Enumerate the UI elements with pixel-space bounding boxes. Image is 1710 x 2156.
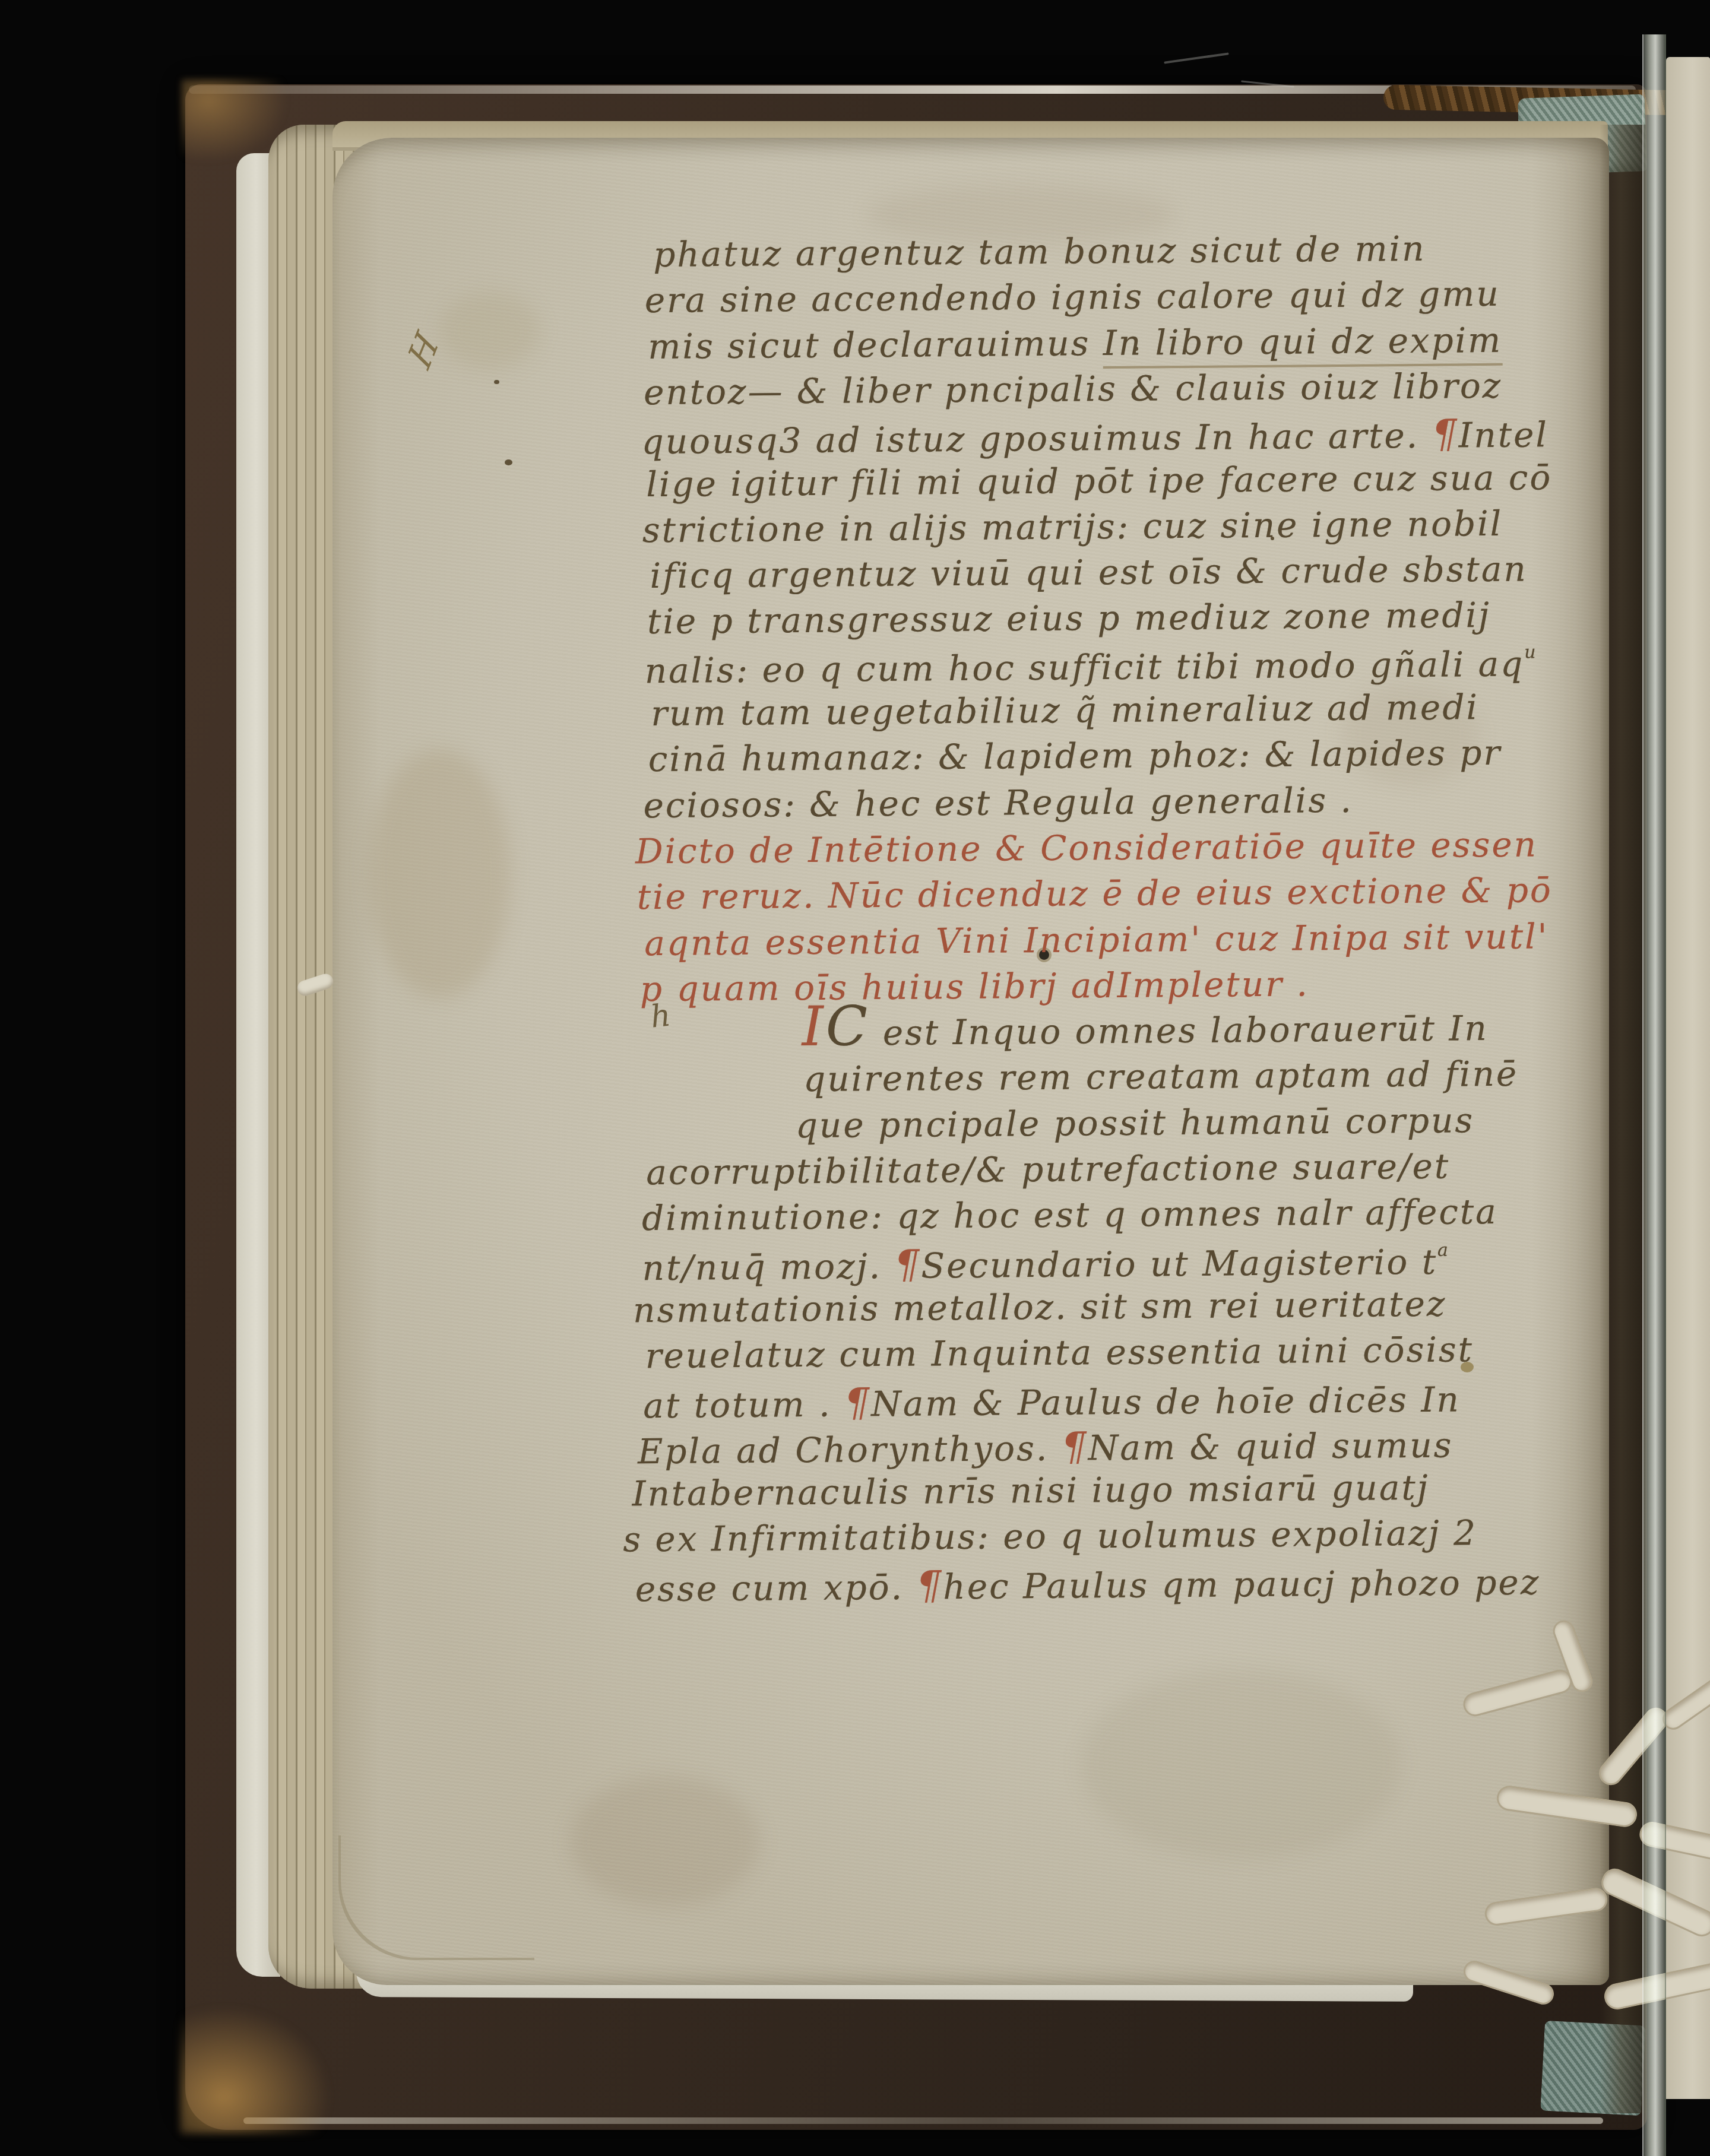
ink-text: mis sicut declarauimus xyxy=(648,323,1103,367)
text-line: IC est Inquo omnes laborauerūt In xyxy=(802,1011,1489,1051)
text-line: tie reruz. Nūc dicenduz ē de eius exctio… xyxy=(636,873,1553,914)
ink-text: strictione in alijs matrijs: cuz sine ig… xyxy=(642,503,1503,550)
rubric-text: ¶ xyxy=(894,1242,921,1288)
cover-bottom-highlight xyxy=(243,2117,1603,2124)
text-line: nt/nuq̄ mozj. ¶Secundario ut Magisterio … xyxy=(642,1241,1448,1287)
ink-text: lige igitur fili mi quid pōt ipe facere … xyxy=(646,457,1553,505)
ink-text: era sine accendendo ignis calore qui dz … xyxy=(645,274,1500,321)
text-line: p quam oīs huius librj adImpletur . xyxy=(640,966,1309,1006)
ink-text: nt/nuq̄ mozj. xyxy=(642,1246,894,1288)
text-line: cinā humanaz: & lapidem phoz: & lapides … xyxy=(648,735,1502,776)
ink-text: Intabernaculis nrīs nisi iugo msiarū gua… xyxy=(632,1467,1430,1514)
rubric-text: p quam oīs huius librj adImpletur . xyxy=(640,963,1309,1009)
text-line: era sine accendendo ignis calore qui dz … xyxy=(645,277,1500,318)
rubric-text: ¶ xyxy=(1432,411,1459,456)
ink-text: eciosos: & hec est Regula generalis . xyxy=(643,780,1353,826)
ink-text: esse cum xpō. xyxy=(635,1567,917,1610)
text-line: Epla ad Chorynthyos. ¶Nam & quid sumus xyxy=(638,1424,1453,1470)
text-line: Intabernaculis nrīs nisi iugo msiarū gua… xyxy=(632,1470,1429,1511)
ink-text: reuelatuz cum Inquinta essentia uini cōs… xyxy=(645,1329,1474,1376)
ink-text: s ex Infirmitatibus: eo q uolumus expoli… xyxy=(623,1513,1477,1559)
text-line: Dicto de Intētione & Consideratiōe quīte… xyxy=(635,827,1538,868)
text-line: strictione in alijs matrijs: cuz sine ig… xyxy=(642,506,1503,547)
photo-canvas: phatuz argentuz tam bonuz sicut de miner… xyxy=(0,0,1710,2156)
ink-text: C xyxy=(825,994,870,1058)
rubric-text: ¶ xyxy=(916,1562,943,1608)
rubric-text: ¶ xyxy=(844,1380,872,1425)
text-line: quousq3 ad istuz gposuimus In hac arte. … xyxy=(641,414,1548,460)
ink-text: Epla ad Chorynthyos. xyxy=(638,1428,1062,1472)
stain xyxy=(1081,1669,1401,1859)
scratch xyxy=(1164,52,1228,64)
rubric-text: tie reruz. Nūc dicenduz ē de eius exctio… xyxy=(636,870,1553,917)
ink-text: u xyxy=(1524,642,1536,662)
text-line: phatuz argentuz tam bonuz sicut de min xyxy=(653,232,1426,272)
ink-text: phatuz argentuz tam bonuz sicut de min xyxy=(653,229,1426,275)
ink-text: diminutione: qz hoc est q omnes nalr aff… xyxy=(642,1191,1498,1238)
ink-text: a xyxy=(1437,1240,1448,1261)
text-line: esse cum xpō. ¶hec Paulus qm paucj phozo… xyxy=(635,1561,1541,1608)
text-line: acorruptibilitate/& putrefactione suare/… xyxy=(646,1149,1450,1190)
text-line: quirentes rem creatam aptam ad finē xyxy=(803,1057,1518,1096)
ink-text: at totum . xyxy=(643,1384,844,1426)
rubric-text: ¶ xyxy=(1061,1423,1088,1469)
ink-text: acorruptibilitate/& putrefactione suare/… xyxy=(646,1146,1450,1193)
text-line: aqnta essentia Vini Incipiam' cuz Inipa … xyxy=(644,919,1549,960)
guide-letter-h: h xyxy=(649,997,673,1035)
rubric-text: I xyxy=(802,995,826,1058)
text-line: lige igitur fili mi quid pōt ipe facere … xyxy=(646,460,1553,502)
text-line: nsmutationis metalloz. sit sm rei uerita… xyxy=(633,1287,1447,1328)
text-line: rum tam uegetabiliuz q̃ mineraliuz ad me… xyxy=(651,690,1479,731)
ink-text: quousq3 ad istuz gposuimus In hac arte. xyxy=(641,416,1432,462)
text-line: at totum . ¶Nam & Paulus de hoīe dicēs I… xyxy=(643,1378,1461,1424)
rubric-text: Dicto de Intētione & Consideratiōe quīte… xyxy=(635,824,1538,871)
ink-text: quirentes rem creatam aptam ad finē xyxy=(803,1054,1519,1099)
text-line: s ex Infirmitatibus: eo q uolumus expoli… xyxy=(623,1515,1477,1556)
text-line: diminutione: qz hoc est q omnes nalr aff… xyxy=(642,1194,1498,1235)
ink-text: Nam & quid sumus xyxy=(1088,1425,1453,1468)
ink-text: que pncipale possit humanū corpus xyxy=(795,1100,1474,1146)
ink-text: rum tam uegetabiliuz q̃ mineraliuz ad me… xyxy=(651,687,1479,734)
text-block: phatuz argentuz tam bonuz sicut de miner… xyxy=(0,229,1710,1667)
text-line: ificq argentuz viuū qui est oīs & crude … xyxy=(650,551,1528,593)
ink-text: entoz— & liber pncipalis & clauis oiuz l… xyxy=(644,366,1503,413)
stain xyxy=(570,1776,760,1907)
ink-text: nalis: eo q cum hoc sufficit tibi modo g… xyxy=(644,643,1524,691)
ink-text: nsmutationis metalloz. sit sm rei uerita… xyxy=(633,1284,1447,1331)
ink-text: ificq argentuz viuū qui est oīs & crude … xyxy=(650,548,1528,596)
rubric-text: aqnta essentia Vini Incipiam' cuz Inipa … xyxy=(644,916,1549,963)
ink-text: hec Paulus qm paucj phozo pez xyxy=(943,1562,1540,1607)
text-line: reuelatuz cum Inquinta essentia uini cōs… xyxy=(645,1332,1474,1373)
text-line: mis sicut declarauimus In libro qui dz e… xyxy=(648,323,1502,364)
ink-text: cinā humanaz: & lapidem phoz: & lapides … xyxy=(648,733,1502,779)
corner-crease xyxy=(338,1835,534,1960)
ink-text: Intel xyxy=(1458,414,1548,455)
ink-text: In libro qui dz expim xyxy=(1103,320,1503,369)
ink-text: tie p transgressuz eius p mediuz zone me… xyxy=(647,595,1491,642)
ink-text: Secundario ut Magisterio t xyxy=(921,1242,1437,1286)
text-line: que pncipale possit humanū corpus xyxy=(796,1103,1475,1143)
text-line: entoz— & liber pncipalis & clauis oiuz l… xyxy=(644,369,1503,410)
text-line: eciosos: & hec est Regula generalis . xyxy=(643,783,1353,823)
worn-corner-bottom-left xyxy=(180,2003,335,2133)
ink-text: est Inquo omnes laborauerūt In xyxy=(870,1008,1489,1053)
text-line: nalis: eo q cum hoc sufficit tibi modo g… xyxy=(644,643,1535,688)
text-line: tie p transgressuz eius p mediuz zone me… xyxy=(647,598,1491,639)
ink-text: Nam & Paulus de hoīe dicēs In xyxy=(871,1379,1461,1424)
